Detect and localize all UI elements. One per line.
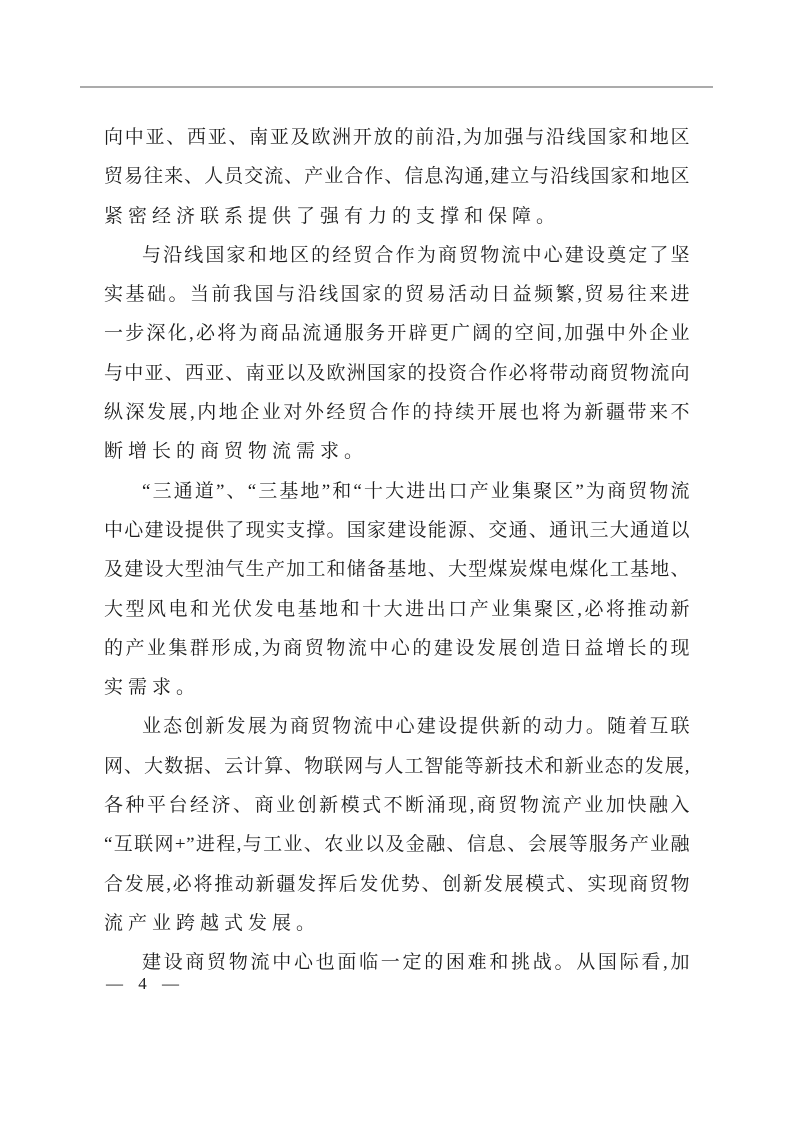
text-line: “互联网+”进程,与工业、农业以及金融、信息、会展等服务产业融	[104, 825, 690, 864]
text-line: 中心建设提供了现实支撑。国家建设能源、交通、通讯三大通道以	[104, 511, 690, 550]
text-line: 网、大数据、云计算、物联网与人工智能等新技术和新业态的发展,	[104, 747, 690, 786]
text-line: 实需求。	[104, 668, 690, 707]
text-line: 纵深发展,内地企业对外经贸合作的持续开展也将为新疆带来不	[104, 393, 690, 432]
text-line: 断增长的商贸物流需求。	[104, 432, 690, 471]
body-text-block: 向中亚、西亚、南亚及欧洲开放的前沿,为加强与沿线国家和地区 贸易往来、人员交流、…	[104, 118, 690, 983]
text-line: “三通道”、“三基地”和“十大进出口产业集聚区”为商贸物流	[104, 472, 690, 511]
text-line: 紧密经济联系提供了强有力的支撑和保障。	[104, 197, 690, 236]
text-line: 建设商贸物流中心也面临一定的困难和挑战。从国际看,加	[104, 943, 690, 982]
text-line: 大型风电和光伏发电基地和十大进出口产业集聚区,必将推动新	[104, 590, 690, 629]
text-line: 与中亚、西亚、南亚以及欧洲国家的投资合作必将带动商贸物流向	[104, 354, 690, 393]
text-line: 及建设大型油气生产加工和储备基地、大型煤炭煤电煤化工基地、	[104, 550, 690, 589]
text-line: 各种平台经济、商业创新模式不断涌现,商贸物流产业加快融入	[104, 786, 690, 825]
text-line: 实基础。当前我国与沿线国家的贸易活动日益频繁,贸易往来进	[104, 275, 690, 314]
text-line: 合发展,必将推动新疆发挥后发优势、创新发展模式、实现商贸物	[104, 865, 690, 904]
page-number: — 4 —	[106, 972, 180, 996]
header-rule-divider	[80, 86, 713, 88]
text-line: 一步深化,必将为商品流通服务开辟更广阔的空间,加强中外企业	[104, 314, 690, 353]
text-line: 业态创新发展为商贸物流中心建设提供新的动力。随着互联	[104, 707, 690, 746]
document-page: 向中亚、西亚、南亚及欧洲开放的前沿,为加强与沿线国家和地区 贸易往来、人员交流、…	[0, 0, 793, 1122]
text-line: 与沿线国家和地区的经贸合作为商贸物流中心建设奠定了坚	[104, 236, 690, 275]
text-line: 向中亚、西亚、南亚及欧洲开放的前沿,为加强与沿线国家和地区	[104, 118, 690, 157]
text-line: 的产业集群形成,为商贸物流中心的建设发展创造日益增长的现	[104, 629, 690, 668]
text-line: 贸易往来、人员交流、产业合作、信息沟通,建立与沿线国家和地区	[104, 157, 690, 196]
text-line: 流产业跨越式发展。	[104, 904, 690, 943]
